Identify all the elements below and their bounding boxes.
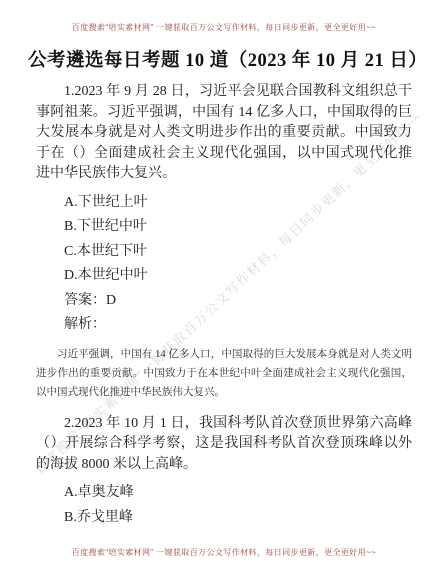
question-2-stem: 2.2023 年 10 月 1 日，我国科考队首次登顶世界第六高峰（）开展综合科…	[36, 414, 412, 476]
question-1-option-d: D.本世纪中叶	[36, 264, 412, 289]
promo-header-note: 百度搜索“培实素材网” 一键获取百万公文写作材料，每日同步更新，更全更好用~~	[0, 22, 448, 33]
question-1-analysis-label: 解析：	[36, 313, 412, 338]
page-title: 公考遴选每日考题 10 道（2023 年 10 月 21 日）	[28, 46, 420, 72]
question-1-option-c: C.本世纪下叶	[36, 240, 412, 265]
question-2-option-a: A.卓奥友峰	[36, 481, 412, 506]
question-1-option-a: A.下世纪上叶	[36, 191, 412, 216]
document-page: 百度搜索“培实素材网”一键获取百万公文写作材料，每日同步更新，更全更好用~~ 百…	[0, 0, 448, 580]
document-content: 公考遴选每日考题 10 道（2023 年 10 月 21 日） 1.2023 年…	[0, 46, 448, 530]
question-1-answer: 答案：D	[36, 289, 412, 314]
question-2-option-b: B.乔戈里峰	[36, 506, 412, 531]
question-1-stem: 1.2023 年 9 月 28 日，习近平会见联合国教科文组织总干事阿祖莱。习近…	[36, 82, 412, 185]
promo-footer-note: 百度搜索“培实素材网” 一键获取百万公文写作材料，每日同步更新，更全更好用~~	[0, 547, 448, 558]
question-1-analysis-text: 习近平强调，中国有 14 亿多人口，中国取得的巨大发展本身就是对人类文明进步作出…	[36, 345, 412, 402]
question-1-option-b: B.下世纪中叶	[36, 215, 412, 240]
